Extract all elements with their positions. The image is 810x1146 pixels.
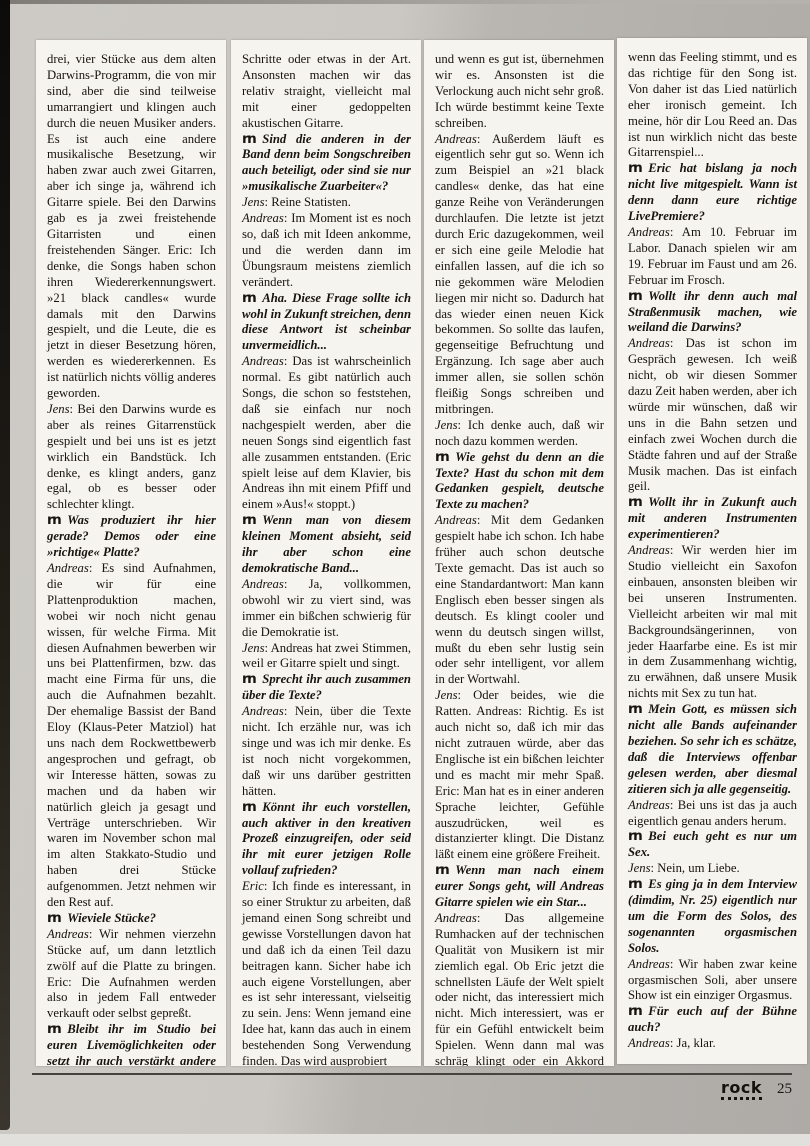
columns: drei, vier Stücke aus dem alten Darwins-… <box>0 0 810 1146</box>
footer-rule <box>32 1073 792 1075</box>
interview-question: rnWas produziert ihr hier gerade? Demos … <box>47 513 216 561</box>
speaker-name: Andreas <box>242 354 284 368</box>
interview-answer: Andreas: Das ist schon im Gespräch gewes… <box>628 336 797 495</box>
interview-question: rnWie gehst du denn an die Texte? Hast d… <box>435 450 604 514</box>
interview-answer: Eric: Ich finde es interessant, in so ei… <box>242 879 411 1066</box>
interview-answer: Andreas: Nein, über die Texte nicht. Ich… <box>242 704 411 799</box>
interview-answer: Andreas: Mit dem Gedanken gespielt habe … <box>435 513 604 688</box>
interview-answer: Andreas: Außerdem läuft es eigentlich se… <box>435 132 604 418</box>
interview-question: rnMein Gott, es müssen sich nicht alle B… <box>628 702 797 797</box>
interview-answer: Andreas: Das ist wahrscheinlich normal. … <box>242 354 411 513</box>
interview-answer: Andreas: Wir werden hier im Studio viell… <box>628 543 797 702</box>
rn-logo-marker: rn <box>435 862 455 878</box>
interview-answer: Andreas: Ja, vollkommen, obwohl wir zu v… <box>242 577 411 641</box>
interview-answer: Jens: Andreas hat zwei Stimmen, weil er … <box>242 641 411 673</box>
interview-question: rnFür euch auf der Bühne auch? <box>628 1004 797 1036</box>
interview-answer: Andreas: Es sind Aufnahmen, die wir für … <box>47 561 216 911</box>
speaker-name: Andreas <box>435 132 477 146</box>
interview-answer: Jens: Bei den Darwins wurde es aber als … <box>47 402 216 513</box>
interview-answer: Andreas: Am 10. Februar im Labor. Danach… <box>628 225 797 289</box>
speaker-name: Jens <box>242 641 265 655</box>
interview-answer: Andreas: Das allgemeine Rumhacken auf de… <box>435 911 604 1066</box>
speaker-name: Jens <box>435 418 458 432</box>
interview-question: rnSprecht ihr auch zusammen über die Tex… <box>242 672 411 704</box>
interview-question: rnSind die anderen in der Band denn beim… <box>242 132 411 196</box>
interview-question: rnWenn man nach einem eurer Songs geht, … <box>435 863 604 911</box>
rn-logo-marker: rn <box>242 799 262 815</box>
rn-logo-marker: rn <box>628 1003 648 1019</box>
rn-logo-marker: rn <box>242 290 262 306</box>
speaker-name: Andreas <box>628 798 670 812</box>
rock-magazine-logo: rock <box>721 1080 762 1100</box>
interview-question: rnWollt ihr in Zukunft auch mit anderen … <box>628 495 797 543</box>
text-column: und wenn es gut ist, übernehmen wir es. … <box>424 40 614 1066</box>
rn-logo-marker: rn <box>435 449 455 465</box>
text-column: wenn das Feeling stimmt, und es das rich… <box>617 38 807 1064</box>
text-column: drei, vier Stücke aus dem alten Darwins-… <box>36 40 226 1066</box>
rn-logo-marker: rn <box>628 828 648 844</box>
speaker-name: Andreas <box>628 543 670 557</box>
paragraph: Schritte oder etwas in der Art. Ansonste… <box>242 52 411 132</box>
rn-logo-marker: rn <box>242 512 262 528</box>
rn-logo-marker: rn <box>47 512 67 528</box>
interview-answer: Jens: Oder beides, wie die Ratten. Andre… <box>435 688 604 863</box>
rn-logo-marker: rn <box>242 671 262 687</box>
rn-logo-marker: rn <box>628 494 648 510</box>
interview-answer: Andreas: Bei uns ist das ja auch eigentl… <box>628 798 797 830</box>
text-column: Schritte oder etwas in der Art. Ansonste… <box>231 40 421 1066</box>
interview-question: rnWenn man von diesem kleinen Moment abs… <box>242 513 411 577</box>
rn-logo-marker: rn <box>242 131 262 147</box>
rn-logo-marker: rn <box>628 876 648 892</box>
magazine-page-scan: drei, vier Stücke aus dem alten Darwins-… <box>0 0 810 1146</box>
rn-logo-marker: rn <box>628 160 648 176</box>
speaker-name: Andreas <box>628 1036 670 1050</box>
speaker-name: Andreas <box>242 577 284 591</box>
paragraph: und wenn es gut ist, übernehmen wir es. … <box>435 52 604 132</box>
interview-answer: Andreas: Wir haben zwar keine orgasmisch… <box>628 957 797 1005</box>
interview-question: rnEs ging ja in dem Interview (dimdim, N… <box>628 877 797 957</box>
interview-question: rnWieviele Stücke? <box>47 911 216 927</box>
paragraph: wenn das Feeling stimmt, und es das rich… <box>628 50 797 161</box>
rn-logo-marker: rn <box>628 288 648 304</box>
speaker-name: Andreas <box>47 561 89 575</box>
interview-answer: Andreas: Wir nehmen vierzehn Stücke auf,… <box>47 927 216 1022</box>
scan-bottom-edge <box>0 1134 810 1146</box>
interview-answer: Jens: Ich denke auch, daß wir noch dazu … <box>435 418 604 450</box>
interview-answer: Andreas: Ja, klar. <box>628 1036 797 1052</box>
interview-question: rnKönnt ihr euch vorstellen, auch aktive… <box>242 800 411 880</box>
page-number: 25 <box>777 1081 792 1098</box>
interview-answer: Jens: Reine Statisten. <box>242 195 411 211</box>
interview-answer: Andreas: Im Moment ist es noch so, daß i… <box>242 211 411 291</box>
speaker-name: Andreas <box>242 211 284 225</box>
rn-logo-marker: rn <box>628 701 648 717</box>
rn-logo-marker: rn <box>47 910 67 926</box>
interview-question: rnWollt ihr denn auch mal Straßenmusik m… <box>628 289 797 337</box>
interview-question: rnAha. Diese Frage sollte ich wohl in Zu… <box>242 291 411 355</box>
speaker-name: Andreas <box>628 225 670 239</box>
speaker-name: Andreas <box>47 927 89 941</box>
speaker-name: Jens <box>47 402 70 416</box>
interview-answer: Jens: Nein, um Liebe. <box>628 861 797 877</box>
speaker-name: Andreas <box>435 513 477 527</box>
interview-question: rnBleibt ihr im Studio bei euren Livemög… <box>47 1022 216 1066</box>
speaker-name: Andreas <box>628 957 670 971</box>
speaker-name: Eric <box>242 879 264 893</box>
speaker-name: Jens <box>628 861 651 875</box>
interview-question: rnEric hat bislang ja noch nicht live mi… <box>628 161 797 225</box>
interview-question: rnBei euch geht es nur um Sex. <box>628 829 797 861</box>
speaker-name: Jens <box>242 195 265 209</box>
speaker-name: Andreas <box>242 704 284 718</box>
speaker-name: Andreas <box>628 336 670 350</box>
page-footer: rock 25 <box>721 1080 792 1100</box>
paragraph: drei, vier Stücke aus dem alten Darwins-… <box>47 52 216 402</box>
speaker-name: Andreas <box>435 911 477 925</box>
rn-logo-marker: rn <box>47 1021 67 1037</box>
speaker-name: Jens <box>435 688 458 702</box>
